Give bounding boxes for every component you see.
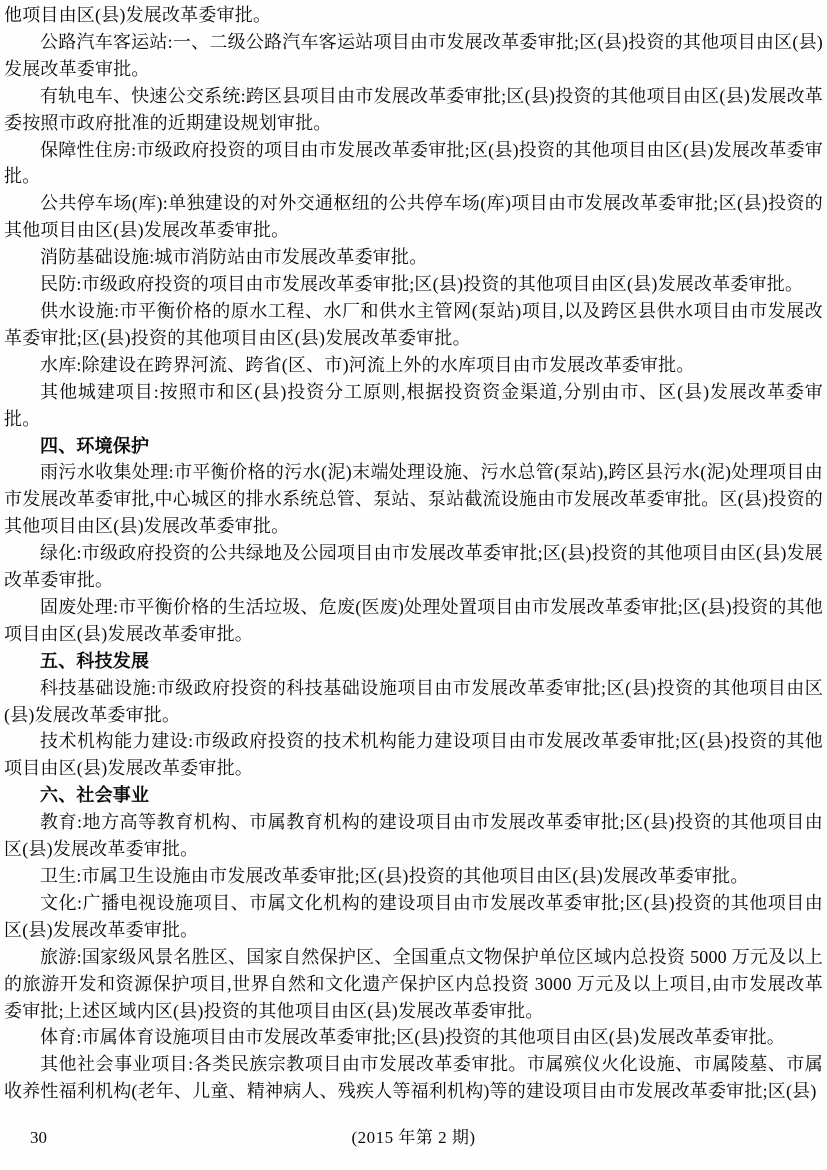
section-heading: 四、环境保护 (4, 433, 823, 460)
paragraph: 教育:地方高等教育机构、市属教育机构的建设项目由市发展改革委审批;区(县)投资的… (4, 809, 823, 863)
section-heading: 六、社会事业 (4, 782, 823, 809)
paragraph: 其他城建项目:按照市和区(县)投资分工原则,根据投资资金渠道,分别由市、区(县)… (4, 379, 823, 433)
paragraph: 科技基础设施:市级政府投资的科技基础设施项目由市发展改革委审批;区(县)投资的其… (4, 675, 823, 729)
paragraph: 技术机构能力建设:市级政府投资的技术机构能力建设项目由市发展改革委审批;区(县)… (4, 728, 823, 782)
paragraph: 公路汽车客运站:一、二级公路汽车客运站项目由市发展改革委审批;区(县)投资的其他… (4, 29, 823, 83)
paragraph: 文化:广播电视设施项目、市属文化机构的建设项目由市发展改革委审批;区(县)投资的… (4, 890, 823, 944)
paragraph: 卫生:市属卫生设施由市发展改革委审批;区(县)投资的其他项目由区(县)发展改革委… (4, 863, 823, 890)
paragraph: 公共停车场(库):单独建设的对外交通枢纽的公共停车场(库)项目由市发展改革委审批… (4, 190, 823, 244)
page-footer: 30 (2015 年第 2 期) (0, 1124, 827, 1154)
paragraph: 水库:除建设在跨界河流、跨省(区、市)河流上外的水库项目由市发展改革委审批。 (4, 352, 823, 379)
issue-label: (2015 年第 2 期) (0, 1124, 827, 1152)
paragraph: 有轨电车、快速公交系统:跨区县项目由市发展改革委审批;区(县)投资的其他项目由区… (4, 83, 823, 137)
document-page: 他项目由区(县)发展改革委审批。公路汽车客运站:一、二级公路汽车客运站项目由市发… (0, 0, 827, 1170)
paragraph: 绿化:市级政府投资的公共绿地及公园项目由市发展改革委审批;区(县)投资的其他项目… (4, 540, 823, 594)
paragraph: 体育:市属体育设施项目由市发展改革委审批;区(县)投资的其他项目由区(县)发展改… (4, 1024, 823, 1051)
document-body: 他项目由区(县)发展改革委审批。公路汽车客运站:一、二级公路汽车客运站项目由市发… (0, 0, 827, 1128)
paragraph: 保障性住房:市级政府投资的项目由市发展改革委审批;区(县)投资的其他项目由区(县… (4, 137, 823, 191)
paragraph: 其他社会事业项目:各类民族宗教项目由市发展改革委审批。市属殡仪火化设施、市属陵墓… (4, 1051, 823, 1105)
paragraph: 消防基础设施:城市消防站由市发展改革委审批。 (4, 244, 823, 271)
paragraph: 供水设施:市平衡价格的原水工程、水厂和供水主管网(泵站)项目,以及跨区县供水项目… (4, 298, 823, 352)
paragraph: 雨污水收集处理:市平衡价格的污水(泥)末端处理设施、污水总管(泵站),跨区县污水… (4, 459, 823, 540)
paragraph: 他项目由区(县)发展改革委审批。 (4, 2, 823, 29)
page-number: 30 (30, 1124, 47, 1152)
section-heading: 五、科技发展 (4, 648, 823, 675)
paragraph: 固废处理:市平衡价格的生活垃圾、危废(医废)处理处置项目由市发展改革委审批;区(… (4, 594, 823, 648)
paragraph: 旅游:国家级风景名胜区、国家自然保护区、全国重点文物保护单位区域内总投资 500… (4, 944, 823, 1025)
paragraph: 民防:市级政府投资的项目由市发展改革委审批;区(县)投资的其他项目由区(县)发展… (4, 271, 823, 298)
